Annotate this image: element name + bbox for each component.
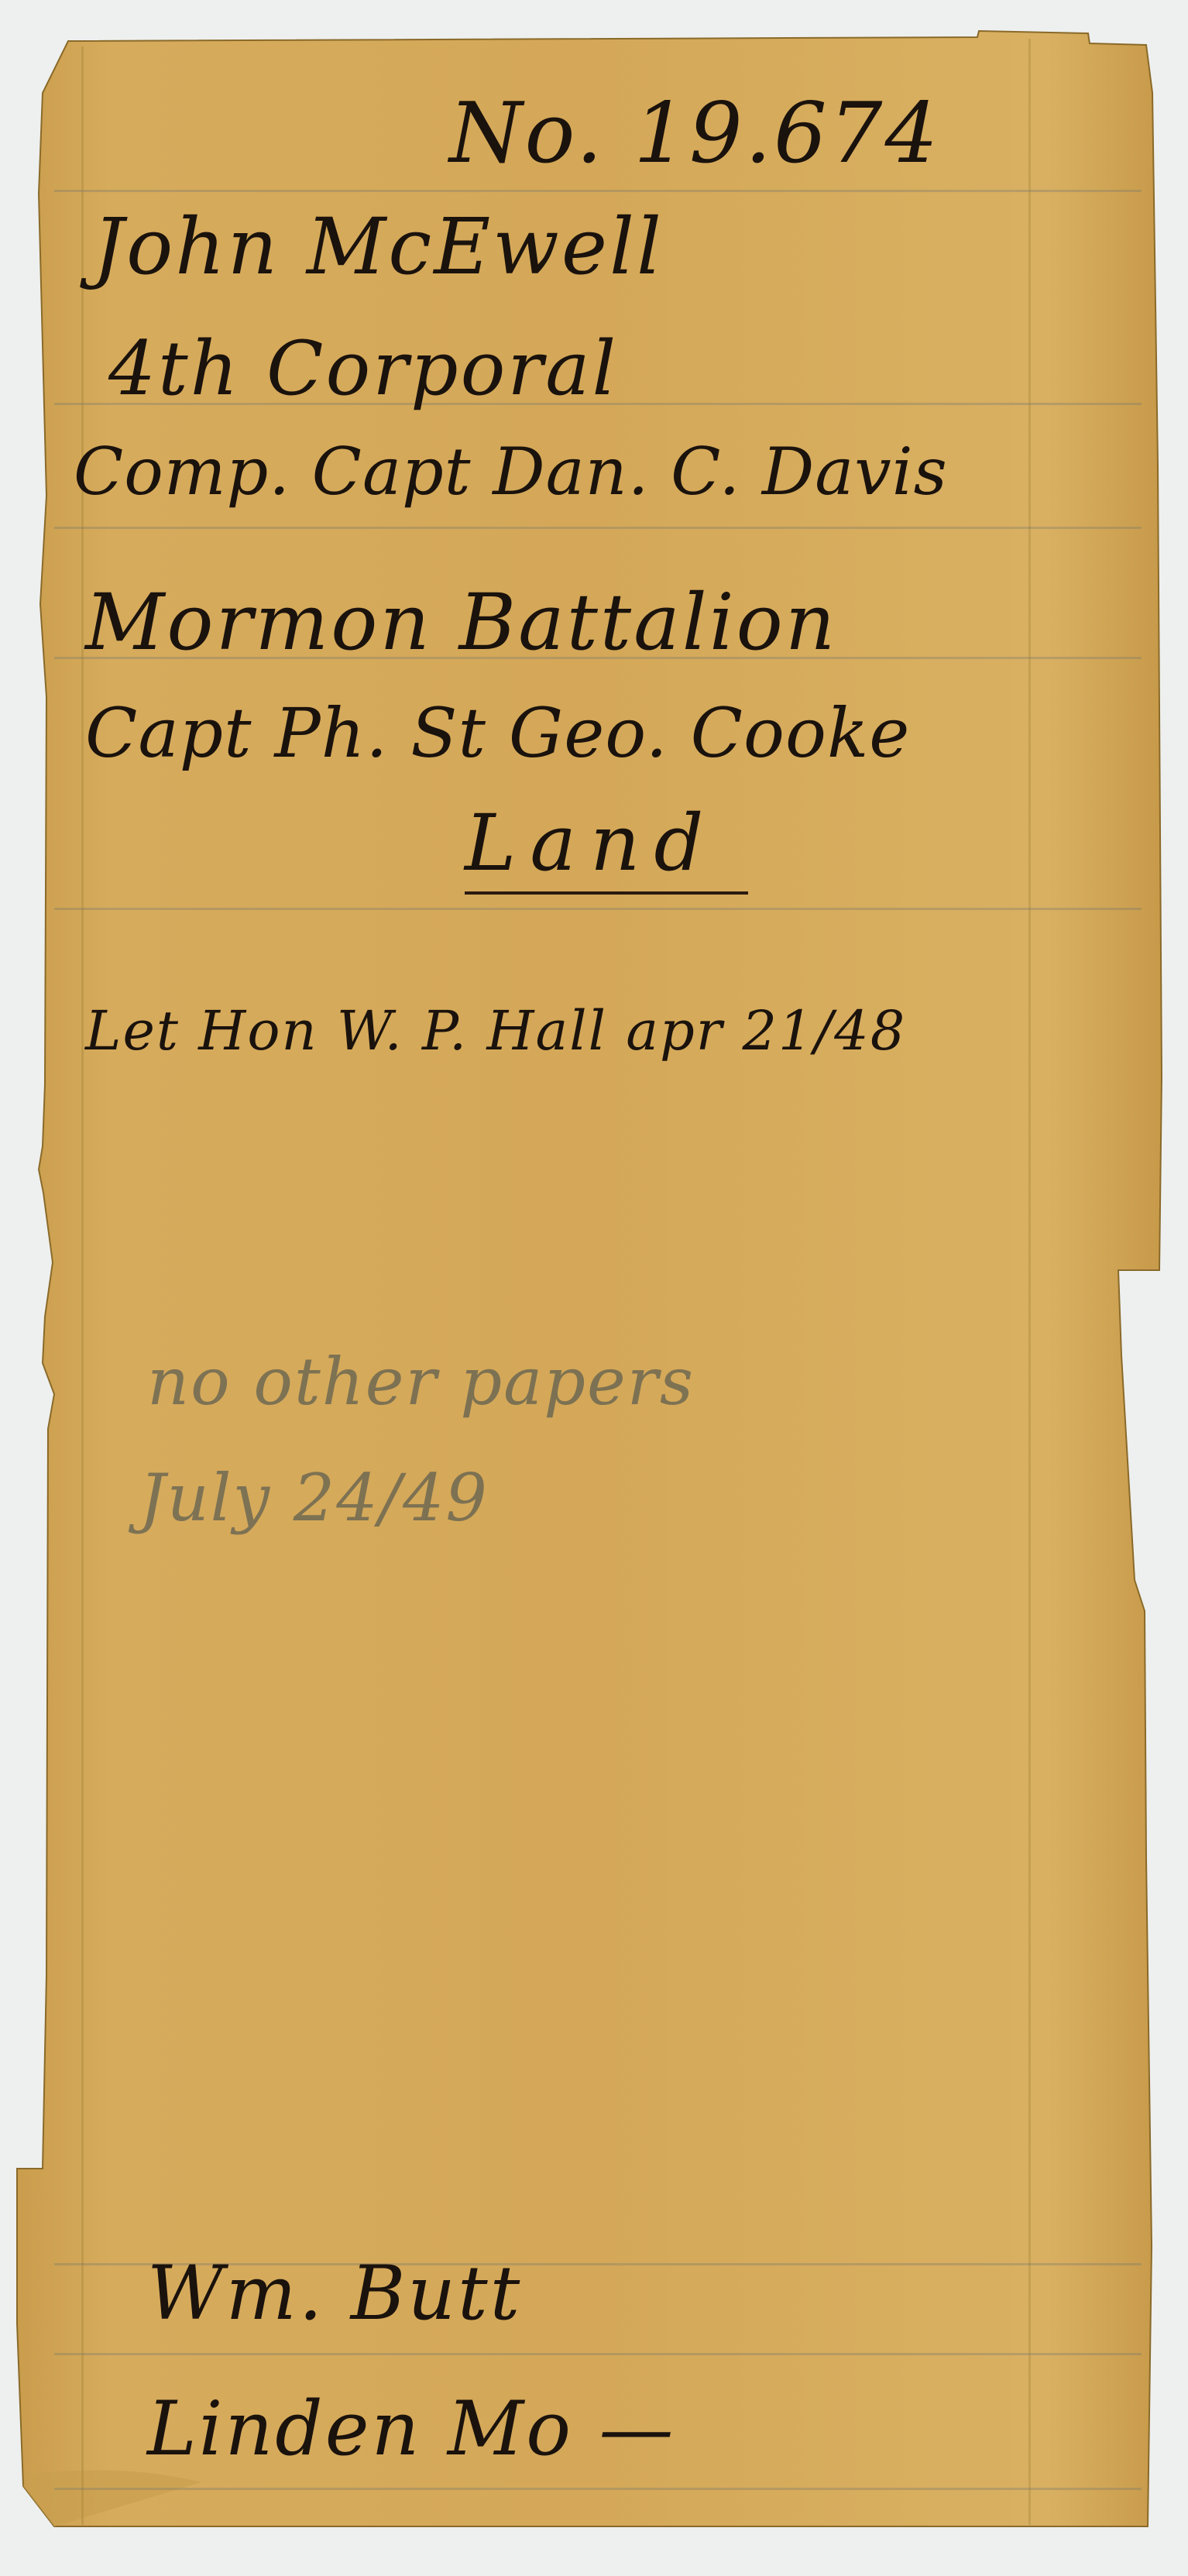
pencil-note-line1: no other papers — [147, 1344, 695, 1420]
company-line: Comp. Capt Dan. C. Davis — [74, 434, 948, 510]
document-paper: No. 19.674 John McEwell 4th Corporal Com… — [0, 0, 1188, 2576]
fold-crease — [81, 46, 84, 2525]
pencil-note-line2: July 24/49 — [139, 1460, 489, 1536]
ruled-line — [54, 908, 1142, 910]
docket-number: No. 19.674 — [449, 85, 940, 182]
soldier-name: John McEwell — [93, 201, 664, 292]
footer-location: Linden Mo — — [147, 2385, 676, 2472]
ruled-line — [54, 190, 1142, 192]
ruled-line — [54, 2353, 1142, 2355]
claim-type: Land — [465, 798, 748, 895]
unit-line: Mormon Battalion — [85, 577, 837, 668]
soldier-rank: 4th Corporal — [108, 325, 618, 412]
footer-name: Wm. Butt — [147, 2250, 522, 2337]
ruled-line — [54, 527, 1142, 529]
fold-crease — [1028, 39, 1031, 2525]
ruled-line — [54, 2488, 1142, 2490]
letter-note: Let Hon W. P. Hall apr 21/48 — [85, 999, 906, 1063]
commander-line: Capt Ph. St Geo. Cooke — [85, 693, 910, 773]
